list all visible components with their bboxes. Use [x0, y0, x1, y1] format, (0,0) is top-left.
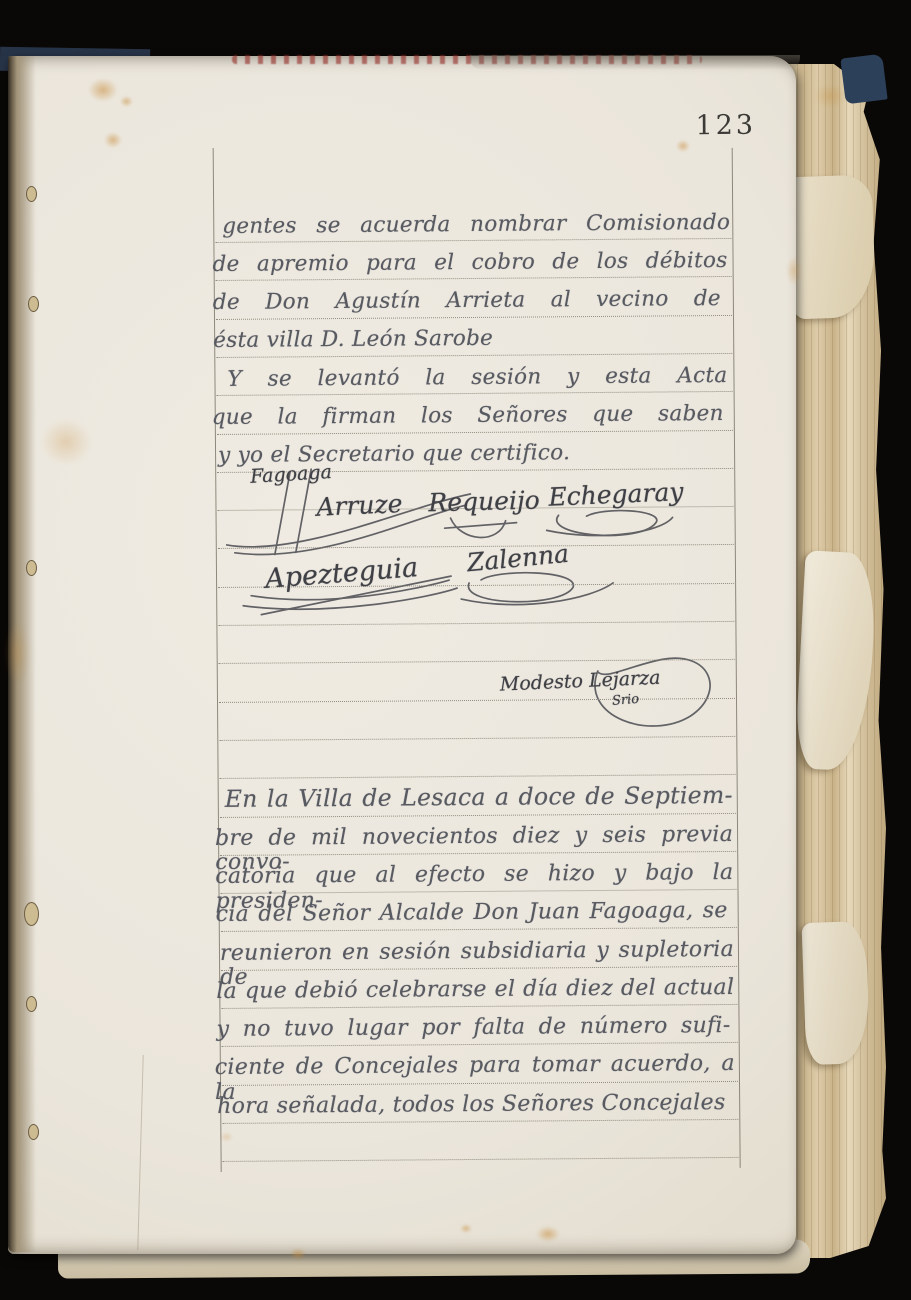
signature-alcalde: Fagoaga: [250, 461, 333, 488]
ruled-line: [217, 429, 733, 434]
ruled-line: [218, 621, 734, 626]
page-number: 123: [695, 110, 756, 141]
signature-councilor: Arruze: [316, 489, 403, 522]
signature-secretary-title: Srio: [611, 692, 639, 709]
ruled-line: [216, 315, 732, 320]
signature-councilor: Requeijo: [428, 485, 540, 517]
manuscript-line: de Don Agustín Arrieta al vecino de: [213, 287, 721, 315]
ruled-writing-area: 123: [0, 0, 911, 1300]
ruled-line: [216, 276, 732, 281]
ruled-line: [222, 1119, 738, 1124]
manuscript-line: hora señalada, todos los Señores Conceja…: [217, 1091, 687, 1119]
manuscript-line: de apremio para el cobro de los débitos: [212, 249, 727, 277]
ruled-line: [219, 736, 735, 741]
manuscript-line: gentes se acuerda nombrar Comisionado: [222, 210, 730, 238]
manuscript-line: En la Villa de Lesaca a doce de Septiem-: [225, 782, 733, 812]
signature-councilor: Apezteguia: [264, 552, 419, 595]
manuscript-line: ésta villa D. León Sarobe: [213, 327, 523, 354]
manuscript-line: Y se levantó la sesión y esta Acta: [227, 364, 727, 392]
ruled-line: [219, 698, 735, 703]
ruled-line: [221, 927, 737, 932]
manuscript-line: cia del Señor Alcalde Don Juan Fagoaga, …: [216, 899, 728, 928]
ruled-line: [217, 391, 733, 396]
ruled-line: [223, 1157, 739, 1162]
archival-book-photo: 123: [0, 0, 911, 1300]
ruled-line: [219, 659, 735, 664]
signature-councilor: Echegaray: [548, 477, 684, 512]
signature-councilor: Zalenna: [466, 539, 570, 578]
manuscript-line: que la firman los Señores que saben: [212, 402, 724, 430]
ruled-line: [216, 353, 732, 358]
right-margin-line: [732, 148, 741, 1168]
manuscript-line: y no tuvo lugar por falta de número sufi…: [216, 1014, 730, 1043]
ruled-line: [220, 812, 736, 817]
ruled-line: [220, 774, 736, 779]
ruled-line: [221, 1004, 737, 1009]
manuscript-line: la que debió celebrarse el día diez del …: [216, 976, 734, 1005]
ruled-line: [222, 1042, 738, 1047]
ruled-line: [215, 238, 731, 243]
